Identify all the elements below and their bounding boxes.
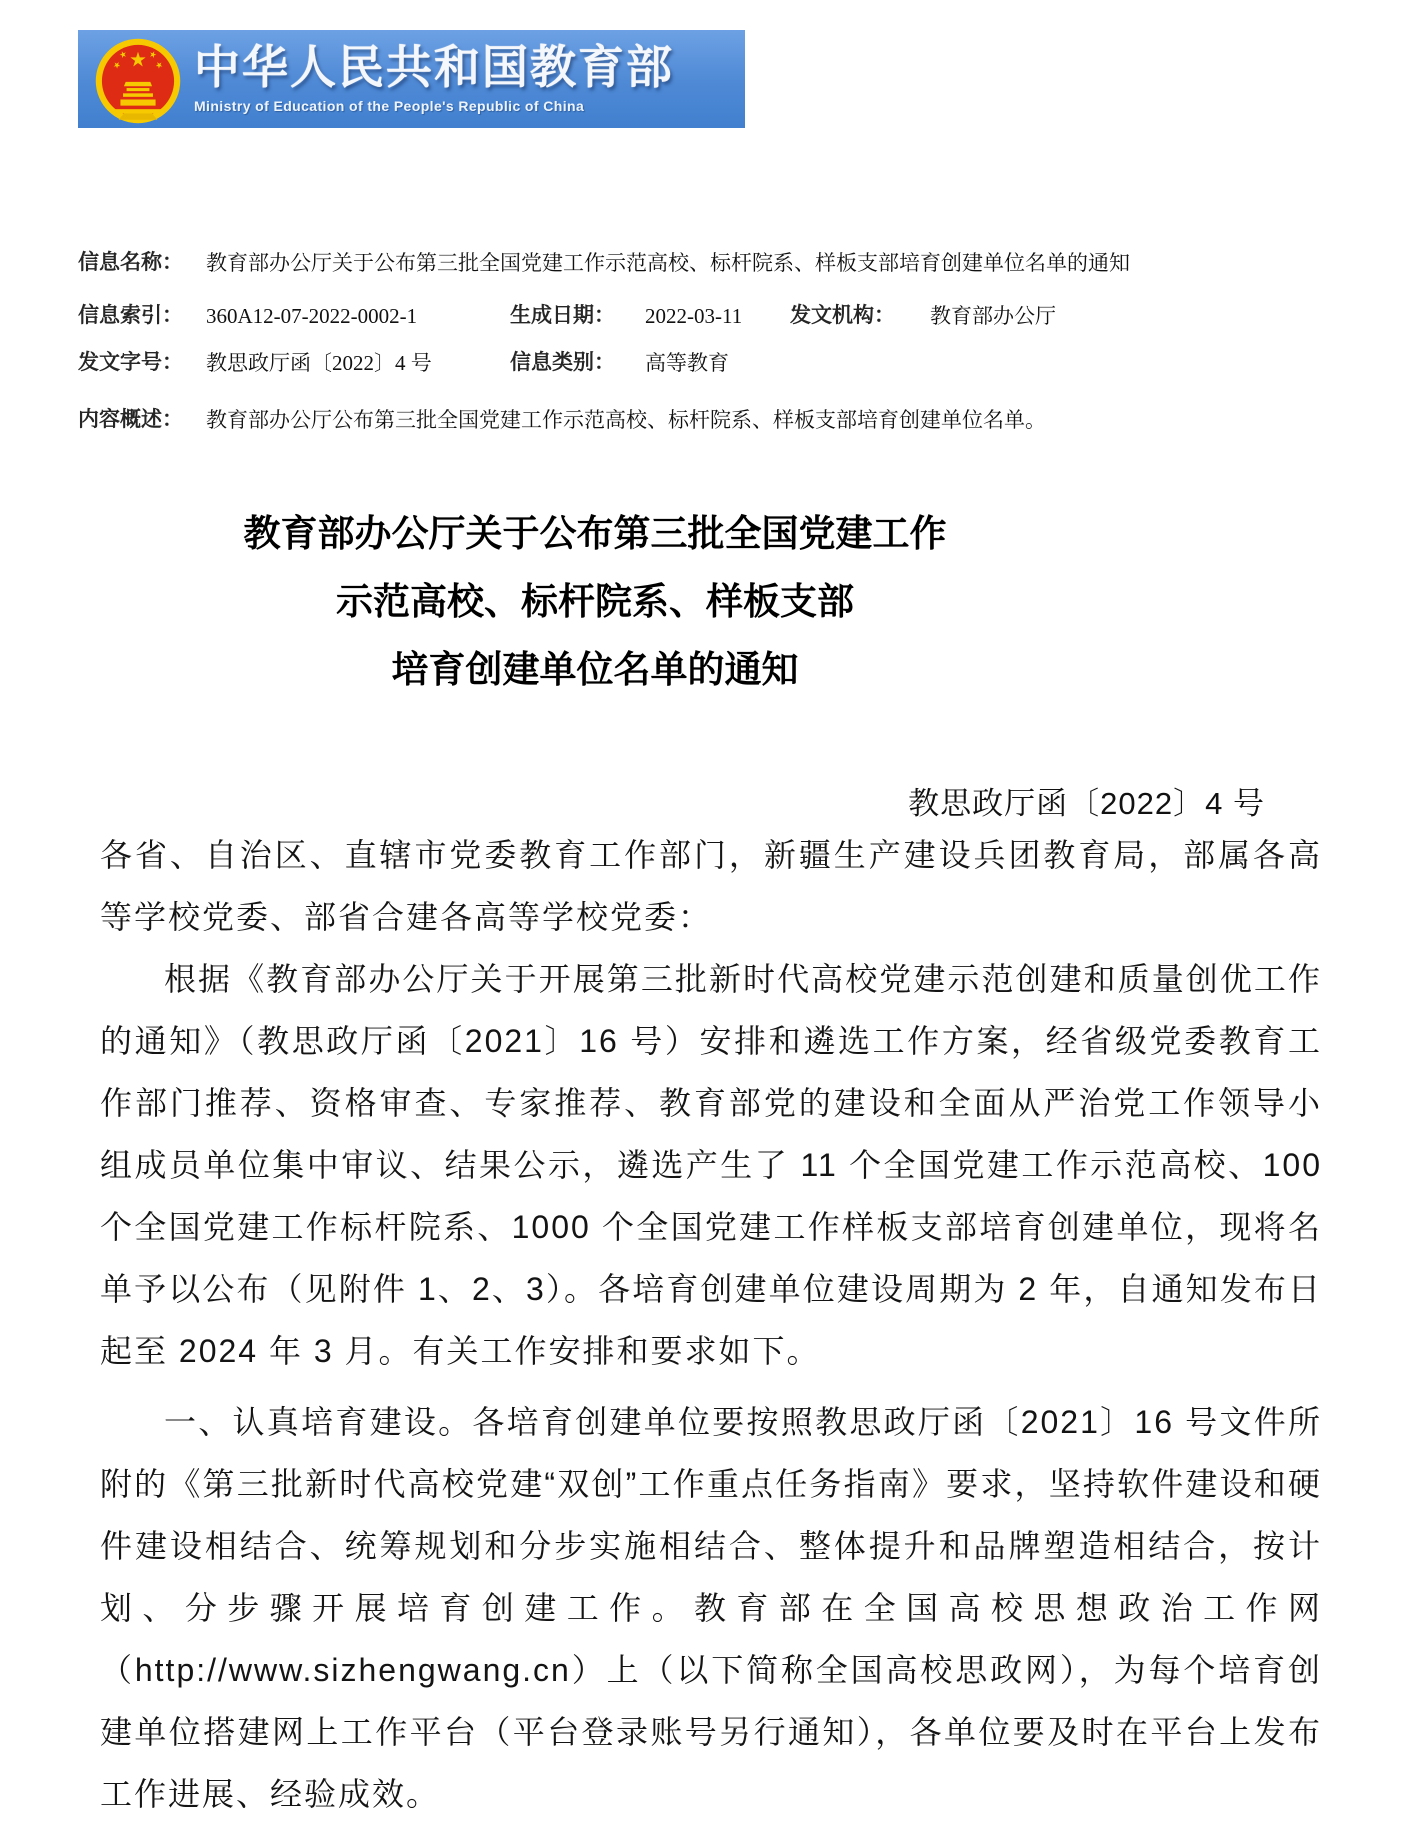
ministry-title-cn: 中华人民共和国教育部 <box>194 44 674 90</box>
ministry-banner[interactable]: 中华人民共和国教育部 Ministry of Education of the … <box>78 30 745 128</box>
meta-summary-label: 内容概述： <box>78 405 206 435</box>
document-body: 各省、自治区、直辖市党委教育工作部门，新疆生产建设兵团教育局，部属各高等学校党委… <box>100 824 1322 1825</box>
meta-date-label: 生成日期： <box>510 301 645 331</box>
meta-name-label: 信息名称： <box>78 248 206 278</box>
meta-index-label: 信息索引： <box>78 301 206 331</box>
document-metadata: 信息名称： 教育部办公厅关于公布第三批全国党建工作示范高校、标杆院系、样板支部培… <box>78 248 1358 435</box>
ministry-banner-text: 中华人民共和国教育部 Ministry of Education of the … <box>194 44 674 114</box>
paragraph-basis: 根据《教育部办公厅关于开展第三批新时代高校党建示范创建和质量创优工作的通知》（教… <box>100 948 1322 1382</box>
document-title-line2: 示范高校、标杆院系、样板支部 <box>100 568 1090 636</box>
meta-category-label: 信息类别： <box>510 348 645 378</box>
ministry-title-en: Ministry of Education of the People's Re… <box>194 98 674 114</box>
national-emblem-icon <box>94 35 182 127</box>
meta-row-index-date-agency: 信息索引： 360A12-07-2022-0002-1 生成日期： 2022-0… <box>78 301 1358 331</box>
meta-index-value: 360A12-07-2022-0002-1 <box>206 301 510 331</box>
document-title-line1: 教育部办公厅关于公布第三批全国党建工作 <box>100 500 1090 568</box>
meta-row-name: 信息名称： 教育部办公厅关于公布第三批全国党建工作示范高校、标杆院系、样板支部培… <box>78 248 1358 278</box>
meta-docno-label: 发文字号： <box>78 348 206 378</box>
paragraph-salutation: 各省、自治区、直辖市党委教育工作部门，新疆生产建设兵团教育局，部属各高等学校党委… <box>100 824 1322 948</box>
document-title-line3: 培育创建单位名单的通知 <box>100 636 1090 704</box>
meta-agency-label: 发文机构： <box>790 301 930 331</box>
paragraph-section-1: 一、认真培育建设。各培育创建单位要按照教思政厅函〔2021〕16 号文件所附的《… <box>100 1391 1322 1825</box>
meta-agency-value: 教育部办公厅 <box>930 301 1056 331</box>
document-title: 教育部办公厅关于公布第三批全国党建工作 示范高校、标杆院系、样板支部 培育创建单… <box>100 500 1090 704</box>
meta-category-value: 高等教育 <box>645 348 729 378</box>
meta-summary-value: 教育部办公厅公布第三批全国党建工作示范高校、标杆院系、样板支部培育创建单位名单。 <box>206 405 1046 435</box>
meta-row-docno-category: 发文字号： 教思政厅函〔2022〕4 号 信息类别： 高等教育 <box>78 348 1358 378</box>
document-number: 教思政厅函〔2022〕4 号 <box>100 778 1265 823</box>
meta-name-value: 教育部办公厅关于公布第三批全国党建工作示范高校、标杆院系、样板支部培育创建单位名… <box>206 248 1130 278</box>
document-page: 中华人民共和国教育部 Ministry of Education of the … <box>0 0 1420 1844</box>
meta-date-value: 2022-03-11 <box>645 301 790 331</box>
meta-row-summary: 内容概述： 教育部办公厅公布第三批全国党建工作示范高校、标杆院系、样板支部培育创… <box>78 405 1358 435</box>
meta-docno-value: 教思政厅函〔2022〕4 号 <box>206 348 510 378</box>
